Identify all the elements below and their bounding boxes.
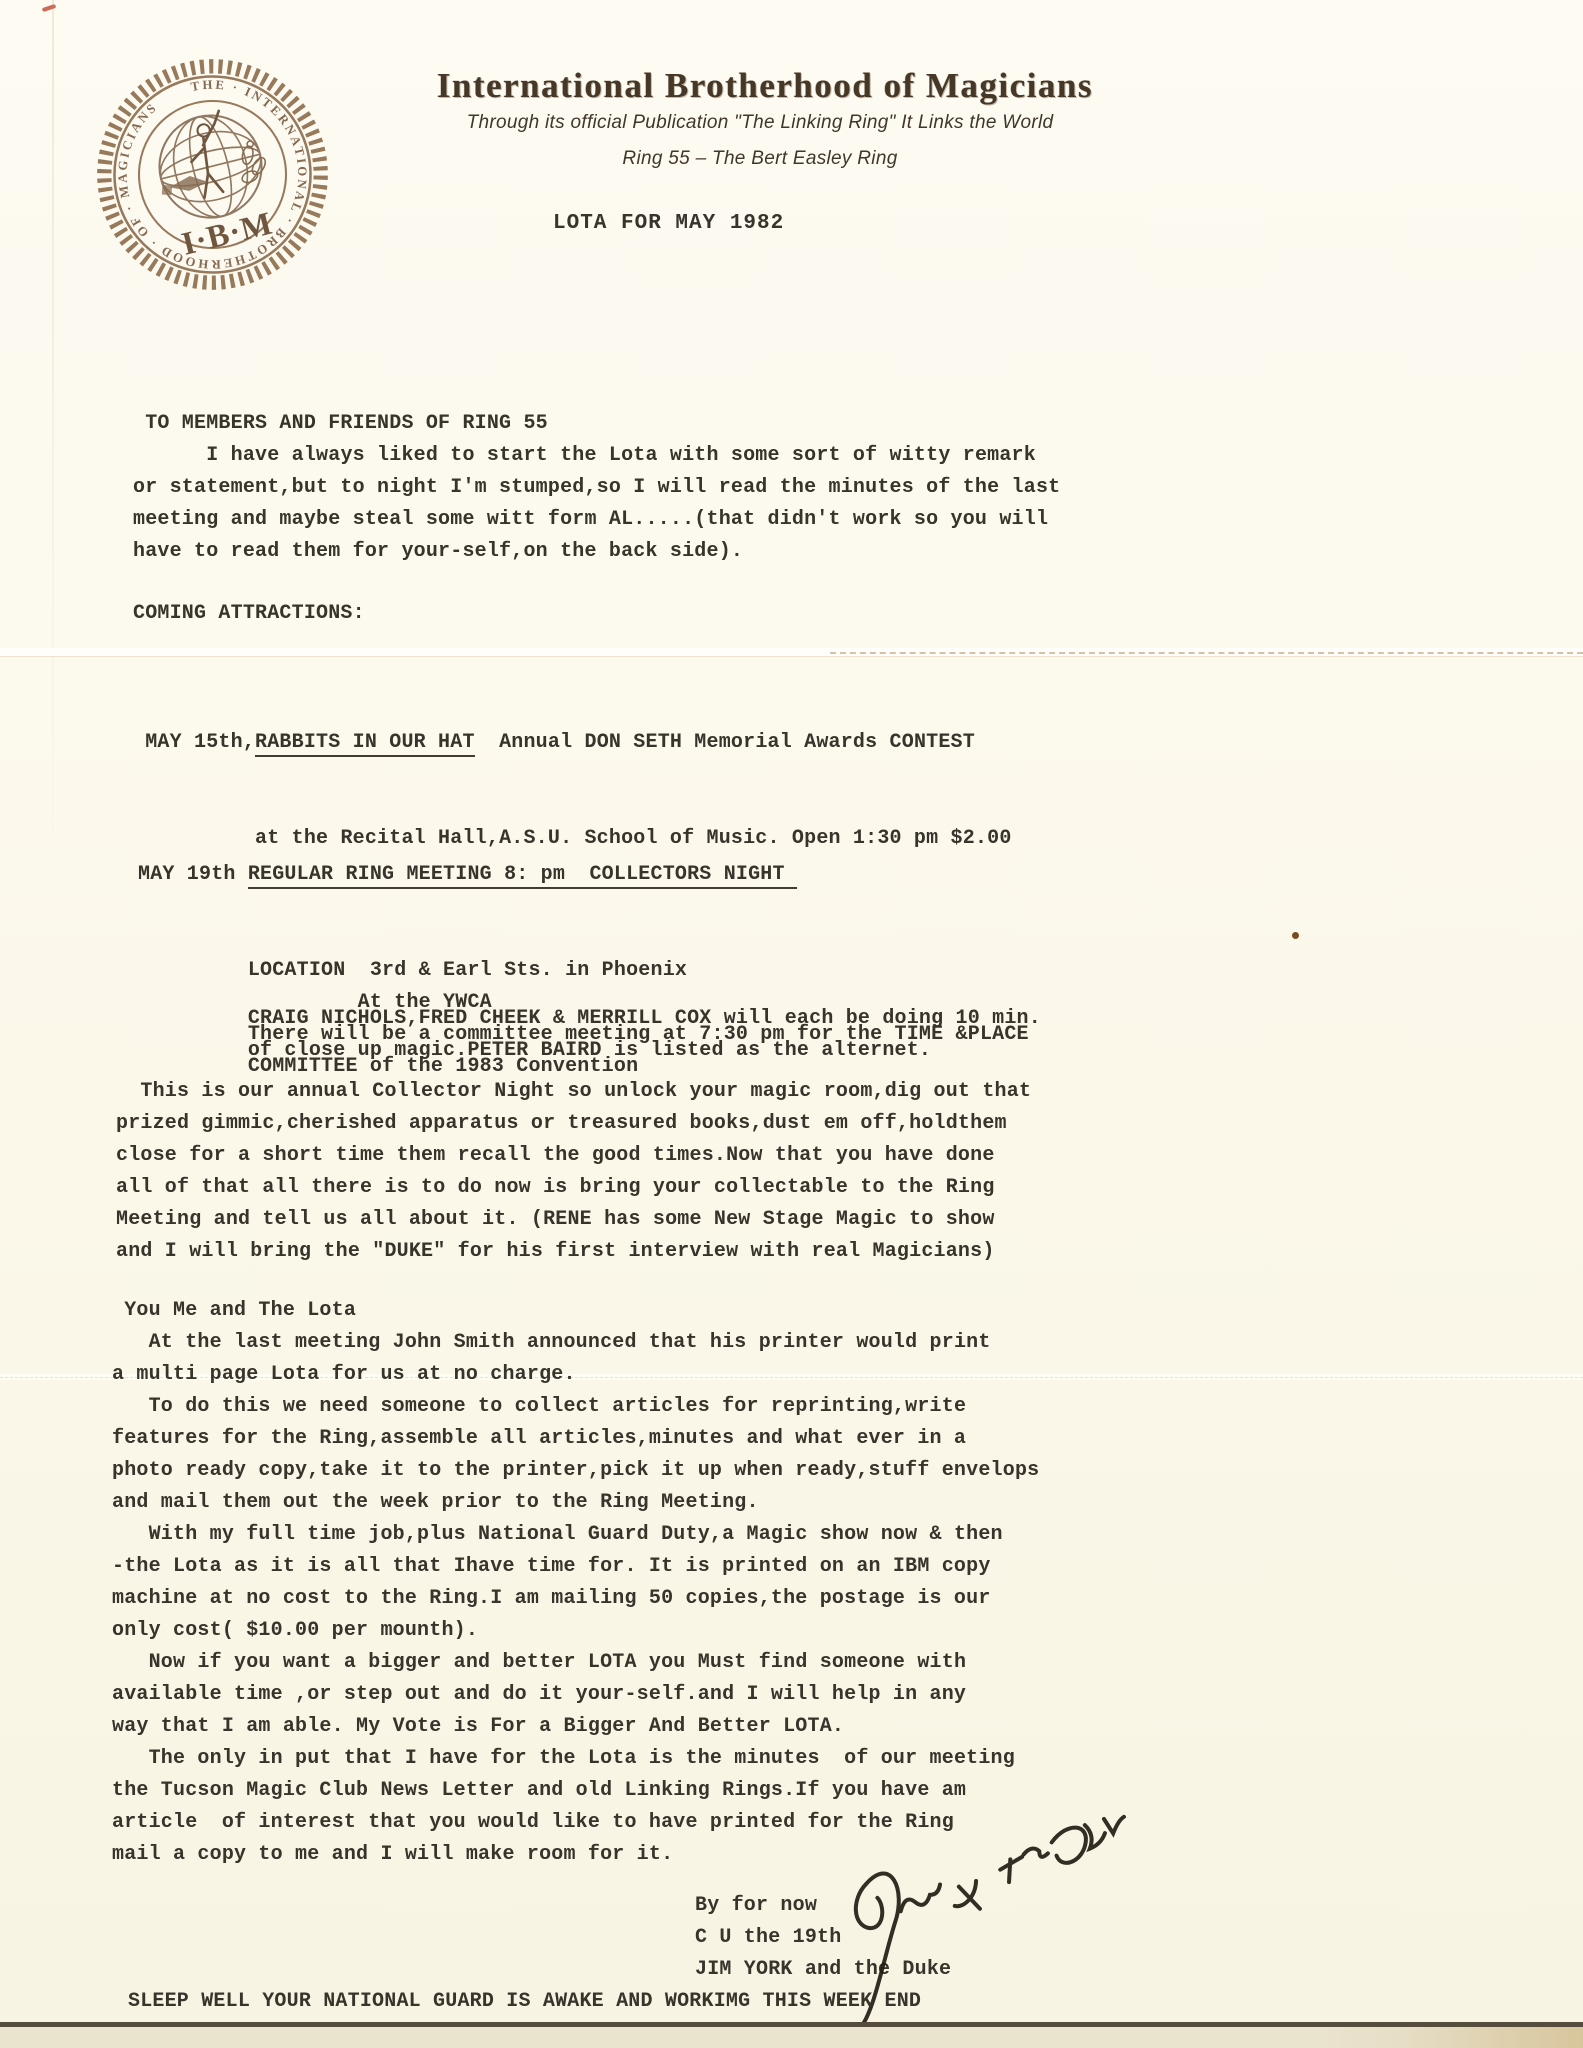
seal-ring-text: THE · INTERNATIONAL · BROTHERHOOD · OF ·…: [95, 57, 330, 292]
opening-paragraph: TO MEMBERS AND FRIENDS OF RING 55 I have…: [133, 408, 1203, 568]
event-may19-line1: MAY 19th REGULAR RING MEETING 8: pm COLL…: [138, 859, 1238, 891]
oak-leaf-icon: [233, 138, 272, 185]
coming-attractions-heading: COMING ATTRACTIONS:: [133, 598, 365, 630]
letterhead-subtitle: Through its official Publication "The Li…: [365, 112, 1155, 134]
event-may15-title-underlined: RABBITS IN OUR HAT: [255, 731, 475, 757]
collector-night-paragraph: This is our annual Collector Night so un…: [116, 1076, 1216, 1268]
issue-title: LOTA FOR MAY 1982: [553, 208, 784, 240]
event-may15-line1: MAY 15th,RABBITS IN OUR HAT Annual DON S…: [133, 727, 1233, 759]
performers-paragraph: CRAIG NICHOLS,FRED CHEEK & MERRILL COX w…: [138, 1003, 1238, 1067]
ibm-seal-graphic: THE · INTERNATIONAL · BROTHERHOOD · OF ·…: [64, 26, 361, 323]
left-fold-crease: [52, 0, 54, 900]
ibm-seal-logo: THE · INTERNATIONAL · BROTHERHOOD · OF ·…: [64, 26, 361, 323]
fold-crease-upper-dashes: [830, 652, 1583, 654]
letterhead-ring-line: Ring 55 – The Bert Easley Ring: [465, 148, 1055, 170]
event-may15-description: Annual DON SETH Memorial Awards CONTEST: [475, 731, 975, 754]
ink-speck: [1292, 932, 1299, 939]
scanned-letter-page: THE · INTERNATIONAL · BROTHERHOOD · OF ·…: [0, 0, 1583, 2048]
red-pen-mark: [42, 4, 57, 12]
seal-ring-textpath: THE · INTERNATIONAL · BROTHERHOOD · OF ·…: [95, 57, 330, 292]
event-may15-date: MAY 15th,: [133, 731, 255, 754]
event-may19-title-underlined: REGULAR RING MEETING 8: pm COLLECTORS NI…: [248, 863, 797, 889]
lota-section-paragraph: You Me and The Lota At the last meeting …: [112, 1295, 1222, 1871]
event-may19-date: MAY 19th: [138, 863, 248, 886]
letterhead-title: International Brotherhood of Magicians: [395, 66, 1135, 106]
scan-corner-wedge: [1323, 2027, 1583, 2048]
footer-line: SLEEP WELL YOUR NATIONAL GUARD IS AWAKE …: [128, 1986, 1328, 2018]
